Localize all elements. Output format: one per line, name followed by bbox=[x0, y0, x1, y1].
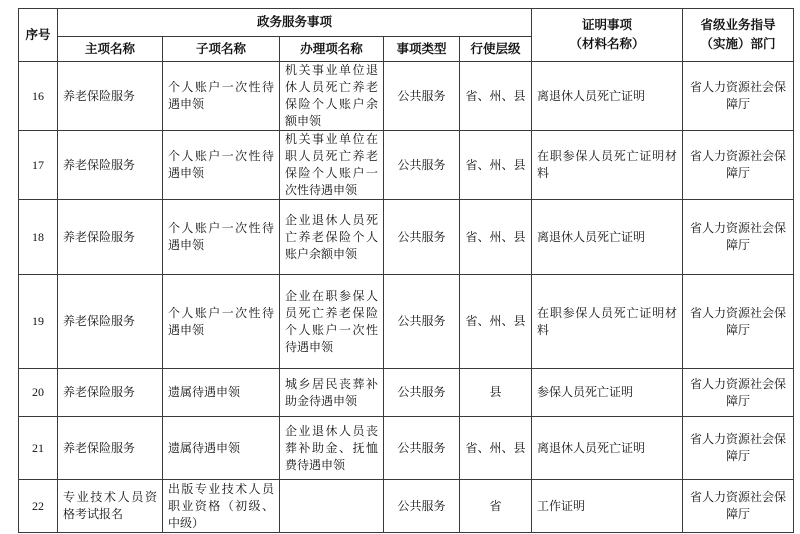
header-certification-material: 证明事项 （材料名称） bbox=[532, 9, 683, 62]
certification-cell: 在职参保人员死亡证明材料 bbox=[532, 131, 683, 200]
exercise-level-cell: 省、州、县 bbox=[460, 62, 532, 131]
header-main-item-name: 主项名称 bbox=[58, 37, 163, 62]
certification-cell: 离退休人员死亡证明 bbox=[532, 200, 683, 275]
department-cell: 省人力资源社会保障厅 bbox=[683, 369, 794, 417]
serial-cell: 17 bbox=[19, 131, 58, 200]
handling-item-cell: 城乡居民丧葬补助金待遇申领 bbox=[280, 369, 384, 417]
header-guidance-department: 省级业务指导 （实施）部门 bbox=[683, 9, 794, 62]
department-cell: 省人力资源社会保障厅 bbox=[683, 200, 794, 275]
main-item-cell: 养老保险服务 bbox=[58, 417, 163, 480]
header-service-items-group: 政务服务事项 bbox=[58, 9, 532, 37]
serial-cell: 18 bbox=[19, 200, 58, 275]
handling-item-cell: 机关事业单位在职人员死亡养老保险个人账户一次性待遇申领 bbox=[280, 131, 384, 200]
item-type-cell: 公共服务 bbox=[384, 131, 460, 200]
department-cell: 省人力资源社会保障厅 bbox=[683, 417, 794, 480]
main-item-cell: 专业技术人员资格考试报名 bbox=[58, 480, 163, 533]
table-row: 20 养老保险服务 遗属待遇申领 城乡居民丧葬补助金待遇申领 公共服务 县 参保… bbox=[19, 369, 794, 417]
item-type-cell: 公共服务 bbox=[384, 62, 460, 131]
sub-item-cell: 个人账户一次性待遇申领 bbox=[163, 62, 280, 131]
department-cell: 省人力资源社会保障厅 bbox=[683, 131, 794, 200]
table-row: 22 专业技术人员资格考试报名 出版专业技术人员职业资格（初级、中级） 公共服务… bbox=[19, 480, 794, 533]
header-serial: 序号 bbox=[19, 9, 58, 62]
service-items-table: 序号 政务服务事项 证明事项 （材料名称） 省级业务指导 （实施）部门 主项名称… bbox=[18, 8, 794, 533]
department-cell: 省人力资源社会保障厅 bbox=[683, 275, 794, 369]
header-item-type: 事项类型 bbox=[384, 37, 460, 62]
certification-cell: 在职参保人员死亡证明材料 bbox=[532, 275, 683, 369]
header-handling-item-name: 办理项名称 bbox=[280, 37, 384, 62]
serial-cell: 19 bbox=[19, 275, 58, 369]
handling-item-cell: 机关事业单位退休人员死亡养老保险个人账户余额申领 bbox=[280, 62, 384, 131]
header-row-group: 序号 政务服务事项 证明事项 （材料名称） 省级业务指导 （实施）部门 bbox=[19, 9, 794, 37]
serial-cell: 20 bbox=[19, 369, 58, 417]
item-type-cell: 公共服务 bbox=[384, 480, 460, 533]
item-type-cell: 公共服务 bbox=[384, 417, 460, 480]
serial-cell: 16 bbox=[19, 62, 58, 131]
main-item-cell: 养老保险服务 bbox=[58, 200, 163, 275]
exercise-level-cell: 省、州、县 bbox=[460, 275, 532, 369]
main-item-cell: 养老保险服务 bbox=[58, 131, 163, 200]
sub-item-cell: 遗属待遇申领 bbox=[163, 369, 280, 417]
handling-item-cell bbox=[280, 480, 384, 533]
table-row: 21 养老保险服务 遗属待遇申领 企业退休人员丧葬补助金、抚恤费待遇申领 公共服… bbox=[19, 417, 794, 480]
table-row: 16 养老保险服务 个人账户一次性待遇申领 机关事业单位退休人员死亡养老保险个人… bbox=[19, 62, 794, 131]
certification-cell: 工作证明 bbox=[532, 480, 683, 533]
department-cell: 省人力资源社会保障厅 bbox=[683, 480, 794, 533]
item-type-cell: 公共服务 bbox=[384, 369, 460, 417]
sub-item-cell: 个人账户一次性待遇申领 bbox=[163, 275, 280, 369]
exercise-level-cell: 县 bbox=[460, 369, 532, 417]
certification-cell: 参保人员死亡证明 bbox=[532, 369, 683, 417]
table-row: 19 养老保险服务 个人账户一次性待遇申领 企业在职参保人员死亡养老保险个人账户… bbox=[19, 275, 794, 369]
handling-item-cell: 企业退休人员丧葬补助金、抚恤费待遇申领 bbox=[280, 417, 384, 480]
item-type-cell: 公共服务 bbox=[384, 200, 460, 275]
department-cell: 省人力资源社会保障厅 bbox=[683, 62, 794, 131]
main-item-cell: 养老保险服务 bbox=[58, 62, 163, 131]
main-item-cell: 养老保险服务 bbox=[58, 369, 163, 417]
exercise-level-cell: 省、州、县 bbox=[460, 131, 532, 200]
serial-cell: 22 bbox=[19, 480, 58, 533]
sub-item-cell: 遗属待遇申领 bbox=[163, 417, 280, 480]
certification-cell: 离退休人员死亡证明 bbox=[532, 62, 683, 131]
exercise-level-cell: 省 bbox=[460, 480, 532, 533]
table-row: 18 养老保险服务 个人账户一次性待遇申领 企业退休人员死亡养老保险个人账户余额… bbox=[19, 200, 794, 275]
exercise-level-cell: 省、州、县 bbox=[460, 200, 532, 275]
handling-item-cell: 企业在职参保人员死亡养老保险个人账户一次性待遇申领 bbox=[280, 275, 384, 369]
item-type-cell: 公共服务 bbox=[384, 275, 460, 369]
main-item-cell: 养老保险服务 bbox=[58, 275, 163, 369]
handling-item-cell: 企业退休人员死亡养老保险个人账户余额申领 bbox=[280, 200, 384, 275]
table-row: 17 养老保险服务 个人账户一次性待遇申领 机关事业单位在职人员死亡养老保险个人… bbox=[19, 131, 794, 200]
certification-cell: 离退休人员死亡证明 bbox=[532, 417, 683, 480]
header-sub-item-name: 子项名称 bbox=[163, 37, 280, 62]
exercise-level-cell: 省、州、县 bbox=[460, 417, 532, 480]
sub-item-cell: 个人账户一次性待遇申领 bbox=[163, 131, 280, 200]
header-exercise-level: 行使层级 bbox=[460, 37, 532, 62]
serial-cell: 21 bbox=[19, 417, 58, 480]
sub-item-cell: 个人账户一次性待遇申领 bbox=[163, 200, 280, 275]
sub-item-cell: 出版专业技术人员职业资格（初级、中级） bbox=[163, 480, 280, 533]
